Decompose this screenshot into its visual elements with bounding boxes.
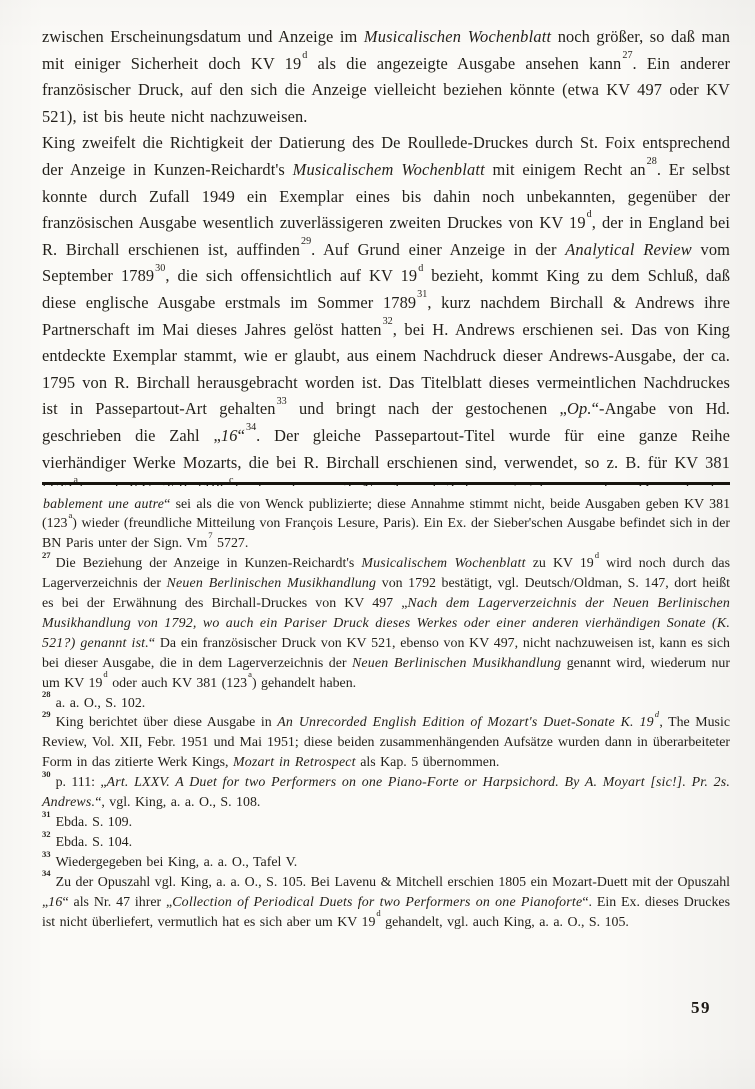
footnote-29: 29King berichtet über diese Ausgabe in A…: [42, 713, 730, 773]
footnote-text: Wiedergegeben bei King, a. a. O., Tafel …: [56, 855, 298, 870]
book-page: zwischen Erscheinungsdatum und Anzeige i…: [0, 0, 755, 1089]
footnote-continuation: bablement une autre“ sei als die von Wen…: [42, 495, 730, 555]
footnote-marker: 33: [42, 849, 51, 859]
footnote-marker: 31: [42, 809, 51, 819]
footnote-marker: 30: [42, 769, 51, 779]
page-number: 59: [691, 998, 711, 1018]
footnote-marker: 27: [42, 550, 51, 560]
footnote-text: King berichtet über diese Ausgabe in An …: [42, 715, 730, 770]
footnote-text: Ebda. S. 104.: [56, 835, 132, 850]
footnote-text: Zu der Opuszahl vgl. King, a. a. O., S. …: [42, 875, 730, 930]
footnote-marker: 29: [42, 709, 51, 719]
footnote-text: p. 111: „Art. LXXV. A Duet for two Perfo…: [42, 775, 730, 810]
footnote-28: 28a. a. O., S. 102.: [42, 694, 730, 714]
body-paragraph: zwischen Erscheinungsdatum und Anzeige i…: [42, 24, 730, 130]
body-text: zwischen Erscheinungsdatum und Anzeige i…: [42, 24, 730, 486]
footnote-text: bablement une autre“ sei als die von Wen…: [42, 497, 730, 552]
footnote-text: a. a. O., S. 102.: [56, 696, 146, 711]
footnote-32: 32Ebda. S. 104.: [42, 833, 730, 853]
footnote-33: 33Wiedergegeben bei King, a. a. O., Tafe…: [42, 853, 730, 873]
body-paragraph: King zweifelt die Richtigkeit der Datier…: [42, 130, 730, 486]
footnote-divider: [42, 482, 730, 485]
footnote-section: bablement une autre“ sei als die von Wen…: [42, 482, 730, 932]
footnote-text: Die Beziehung der Anzeige in Kunzen-Reic…: [42, 556, 730, 690]
footnote-marker: 28: [42, 689, 51, 699]
footnote-marker: 32: [42, 829, 51, 839]
footnote-31: 31Ebda. S. 109.: [42, 813, 730, 833]
footnote-text: Ebda. S. 109.: [56, 815, 132, 830]
footnote-marker: 34: [42, 868, 51, 878]
footnote-27: 27Die Beziehung der Anzeige in Kunzen-Re…: [42, 554, 730, 693]
footnote-34: 34Zu der Opuszahl vgl. King, a. a. O., S…: [42, 873, 730, 933]
footnote-30: 30p. 111: „Art. LXXV. A Duet for two Per…: [42, 773, 730, 813]
